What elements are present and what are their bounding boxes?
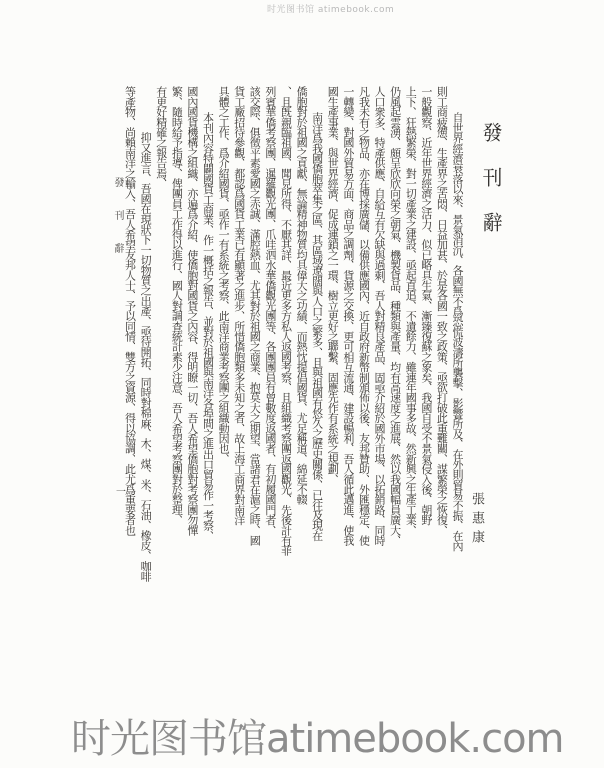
- text-column: 抑又進言、吾國在現狀下一切物質之出產、亟待開拓、同時對棉麻、木、煤、米、石油、橡…: [137, 86, 153, 578]
- page-number-label: 一: [116, 483, 126, 498]
- text-column: 、且旣親臨祖國、聞見所得、不厭其詳、最近更多方私人返國考察、且組織考察團返國觀光…: [277, 86, 293, 578]
- bottom-watermark: 时光图书馆atimebook.com: [71, 707, 564, 764]
- text-column: 僑胞對於祖國之貢獻、無論精神物質均具偉大之功績、而熱忱提倡國貨、尤足稱道、綿延不…: [292, 86, 308, 578]
- text-column: 該交際、俱徵平素愛國之赤誠、滿腔熱血、尤其對於祖國之商業、抱莫大之期望、當諸君在…: [246, 86, 262, 578]
- text-column: 南洋爲我國僑胞萃集之區、其區域遼闊與人口之繁多、且與祖國有悠久之歷史關係、已往及…: [308, 86, 324, 578]
- text-column: 人口衆多、特產供應、自給互有欠缺與過剩、吾人對精良產品、固亟介紹於國外市場、以拓…: [370, 86, 386, 578]
- margin-running-title: 發刊辭: [110, 177, 125, 276]
- text-column: 上下、狂熱繁榮、對一切產業之建設、亟起直追、不遺餘力、雖連年國事多故、然新興之生…: [402, 86, 418, 578]
- text-column: 一般觀察、近年世界經濟之活力、似已略具生氣、漸臻復蘇之象矣、我國自受不景氣侵入後…: [417, 86, 433, 578]
- author-name: 張惠康: [468, 492, 487, 549]
- text-column: 仍風起雲湧、頗呈欣欣向榮之朝氣、機製貨品、種類與產量、均有高速度之進展、然以我國…: [386, 86, 402, 578]
- scanned-book-page: 时光图书馆 atimebook.com 發刊辭 張惠康 自世界經濟衰落以來、景氣…: [0, 0, 604, 768]
- text-column: 自世界經濟衰落以來、景氣消沉、各國無不爲恐慌波濤所襲擊、影響所及、在外則貿易不振…: [448, 86, 464, 578]
- text-column: 則工商疲憊、生產界之苦悶、日益加甚、於是各國一致之政策、亟欲打破此重難關、謀繁榮…: [433, 86, 449, 578]
- text-column: 國生產事業、與世界經濟、促成連鎖之一環、樹立更好之聯繫、固應先作有系統之規劃、: [324, 86, 340, 578]
- text-column: 國內國貨機構之組織、亦遍爲介紹、使僑胞對國貨之內容、得明瞭一切、吾人希望僑胞對考…: [183, 86, 199, 578]
- text-column: 具體之工作、爲介紹國貨、亟作一有系統之考察、此南洋商業考察團之組織動因也、: [215, 86, 231, 578]
- text-column: 凡我未有之物品、亦在博採廣儲、以備供應國內、近自政府新幣制頒佈以後、友邦贊助、外…: [355, 86, 371, 578]
- text-column: 有更好精確之報告焉、: [152, 86, 168, 578]
- text-column: 貨工廠招待參觀、都認爲國貨工業已有顯著之進步、所惜僑胞類多未知之者、故上海工商界…: [230, 86, 246, 578]
- text-column: 列賓華僑考察團、暹羅觀光團、爪哇泗水華僑觀光團等、各團團員有曾數度返國者、有初履…: [261, 86, 277, 578]
- text-column: 等產物、尚賴南洋之輸入、吾人希望友邦人士、予以同情、雙方之資源、得以協調、此尤爲…: [121, 86, 137, 578]
- page-title: 發刊辭: [476, 122, 505, 257]
- top-watermark: 时光图书馆 atimebook.com: [267, 2, 394, 15]
- text-columns: 自世界經濟衰落以來、景氣消沉、各國無不爲恐慌波濤所襲擊、影響所及、在外則貿易不振…: [122, 86, 464, 578]
- text-column: 一轉變、對國外貿易方面、商品之調劑、貨源之交換、更可相互流通、建設暢利、吾人循此…: [339, 86, 355, 578]
- text-column: 本刊內容特闢國貨工商業、作一概括之報告、並對於祖國與南洋各埠間之進出口貿易作一考…: [199, 86, 215, 578]
- text-column: 繁、隨時給予指導、俾團員工作得以進行、國人對調查統計素少注意、吾人希望考察團對於…: [168, 86, 184, 578]
